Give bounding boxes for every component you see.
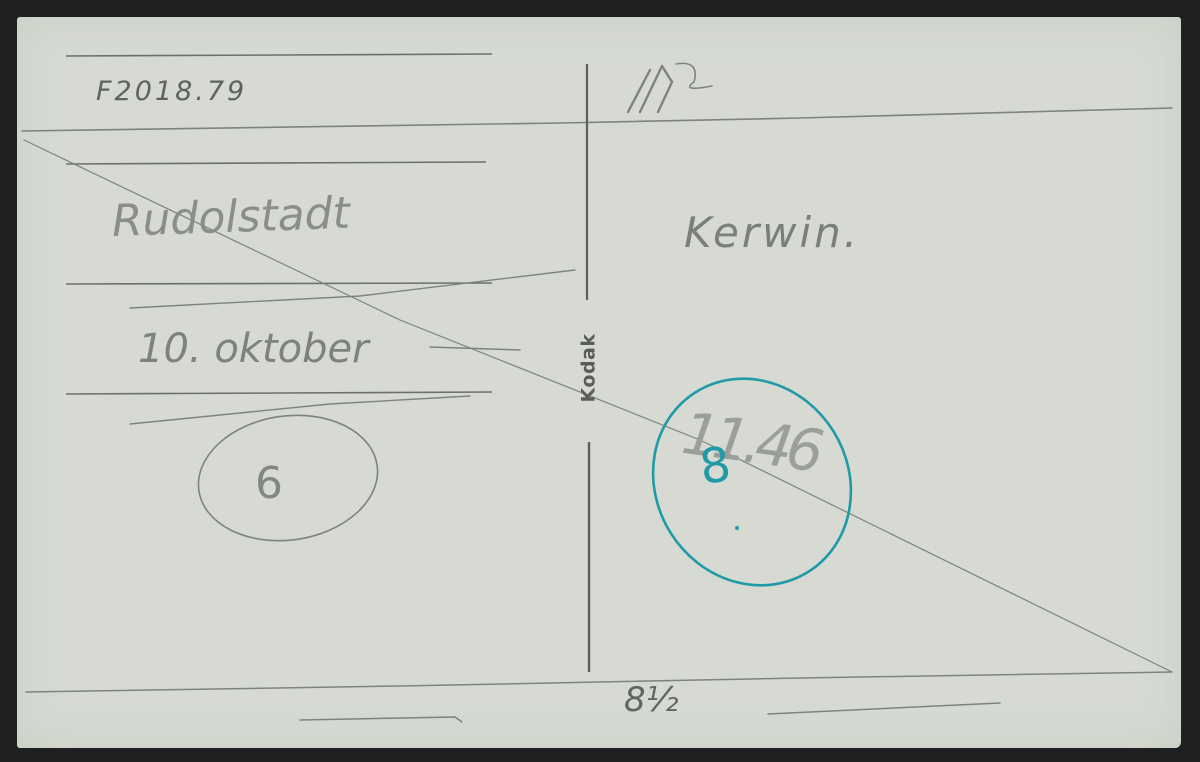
printed-rule-top xyxy=(66,54,492,56)
printed-rule-2 xyxy=(66,162,486,164)
pencil-rule-bottom xyxy=(26,672,1172,692)
pencil-underline-location xyxy=(130,270,575,308)
pencil-rule-header xyxy=(22,108,1172,131)
kodak-logo: Kodak xyxy=(571,318,605,418)
pencil-scribble-ref xyxy=(628,66,672,112)
location-handwriting: Rudolstadt xyxy=(111,188,350,247)
blue-ink-ellipse xyxy=(614,341,889,623)
circled-number: 6 xyxy=(255,458,283,509)
pencil-underline-date-2 xyxy=(130,396,470,424)
pencil-dash-bottom-right xyxy=(768,703,1000,714)
price-fraction: 8½ xyxy=(624,680,679,720)
pencil-dash-bottom-left xyxy=(300,717,462,722)
printed-rule-3 xyxy=(66,283,492,284)
pencil-scribble-ref-tail xyxy=(676,63,712,88)
blue-ink-dot xyxy=(735,526,739,530)
name-handwriting: Kerwin. xyxy=(684,208,860,257)
pencil-circle xyxy=(190,404,386,552)
inventory-number: F2018.79 xyxy=(96,76,247,107)
printed-rule-4 xyxy=(66,392,492,394)
date-handwriting: 10. oktober xyxy=(138,326,369,372)
